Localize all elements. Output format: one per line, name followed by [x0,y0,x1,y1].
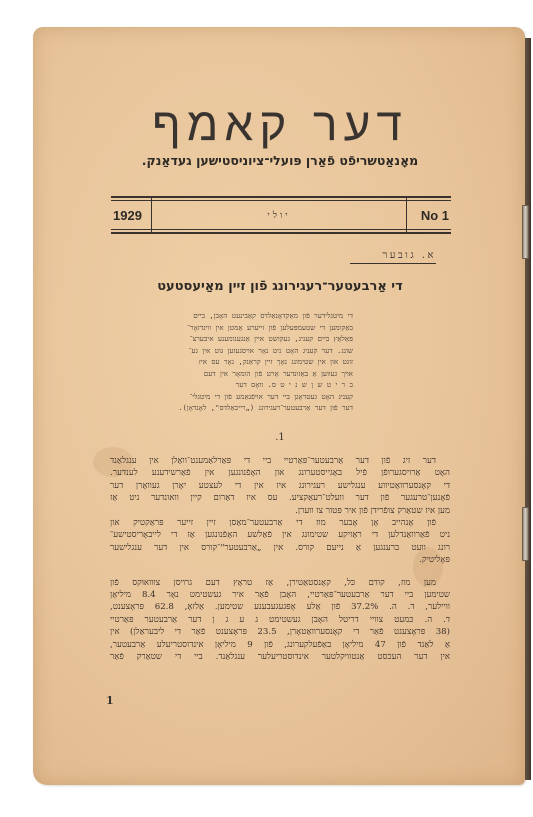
paragraph: דער זיג פֿון דער אַרבעטער־פּאַרטיי ביי ד… [110,455,450,517]
text-line: פּאָליטיק. [110,554,450,566]
text-line: וויילער, ד. ה. 37.2% פֿון אַלע אָפּגעגעב… [110,601,450,613]
paragraph: מען מוז, קודם כּל, קאָנסטאַטירן, אַז טרא… [110,577,450,664]
text-line: אַ לאַנד פֿון 47 מיליאָן באַפֿעלקערונג, … [110,639,450,651]
booklet-spine [525,38,531,780]
article-author: א. גובער [350,250,436,264]
text-line: מען מוז, קודם כּל, קאָנסטאַטירן, אַז טרא… [110,577,450,589]
epigraph-line: פּאַלאַץ ביים קעניג, געקושט איין אַנגענו… [140,333,353,345]
page-number: 1 [106,694,114,707]
issue-month: יולי [151,198,407,232]
epigraph-line: קעניג האָט געטראָגן ביי דער אויפֿנאַמע פ… [140,391,353,403]
epigraph-line: זונט און אין שטימונג נאָך זיין קראַנק, נ… [140,356,353,368]
staple-bottom [522,507,529,561]
text-line: שטימען ביי דער אַרבעטער־פּאַרטיי, האָבן … [110,589,450,601]
rule-line [111,200,451,201]
epigraph-line: ב ר י ט ש ן ש נ י ט ס. וואָס דער [140,379,353,391]
text-line: (38 פּראָצענט פֿאַר די קאָנסערוואַטאָרן,… [110,626,450,638]
text-line: פֿאָנען־טרעגער פֿון דער וועלט־רעאַקציע. … [110,492,450,504]
text-line: ניט פֿאַרוואַנדלען די ראַזיקע שטימונג אי… [110,529,450,541]
paragraph: פֿון אָנהייב אָן אָבער מוז די אַרבעטער־מ… [110,517,450,567]
text-line: פֿון אָנהייב אָן אָבער מוז די אַרבעטער־מ… [110,517,450,529]
masthead-subtitle: מאָנאַטשריפֿט פֿאַרן פּועלי־ציוניסטישען … [100,153,460,169]
epigraph-line: די מיטגלידער פֿון מאַקדאָנאַלדס קאַבינעט… [140,310,353,322]
epigraph-line: באַקומען די שטעמפּעלען פֿון זייערע אַמטן… [140,322,353,334]
section-number: .1 [250,432,310,443]
text-line: האָט אַרויסגערופֿן פֿיל באַגייסטערונג או… [110,467,450,479]
paragraph-gap [110,567,450,577]
article-epigraph: די מיטגלידער פֿון מאַקדאָנאַלדס קאַבינעט… [140,310,353,414]
text-line: רונג וועט ברענגען אַ נייעם קורס. אין „אַ… [110,542,450,554]
article-title: די אַרבעטער־רעגירונג פֿון זיין מאַיעסטעט [110,279,450,294]
issue-year: 1929 [111,208,151,223]
epigraph-line: שונג. דער קעניג האָט ניט נאָר אויסגעזען … [140,345,353,357]
epigraph-line: אויך געווען אַ באַזונדער אַרט פֿון הומאָ… [140,368,353,380]
dateline-bar: 1929 יולי No 1 [111,196,451,234]
article-body: דער זיג פֿון דער אַרבעטער־פּאַרטיי ביי ד… [110,455,450,664]
text-line: אין דער העכסט אַנטוויקלטער אינדוסטריעלער… [110,651,450,663]
text-line: די קאָנסערוואַטיווע ענגלישע רעגירונג איז… [110,480,450,492]
epigraph-line: דער פֿון דער אַרבעטער־רעגירונג („רייכאַל… [140,402,353,414]
text-line: ד. ה. כּמעט צוויי דריטל האָבן געשטימט ג … [110,614,450,626]
text-line: דער זיג פֿון דער אַרבעטער־פּאַרטיי ביי ד… [110,455,450,467]
rule-line [111,229,451,230]
masthead-title: דער קאמף [100,98,460,150]
text-line: מען איז שטאַרק צופֿרידן פֿון איר פּטור צ… [110,505,450,517]
staple-top [522,205,529,259]
issue-number: No 1 [407,208,451,223]
